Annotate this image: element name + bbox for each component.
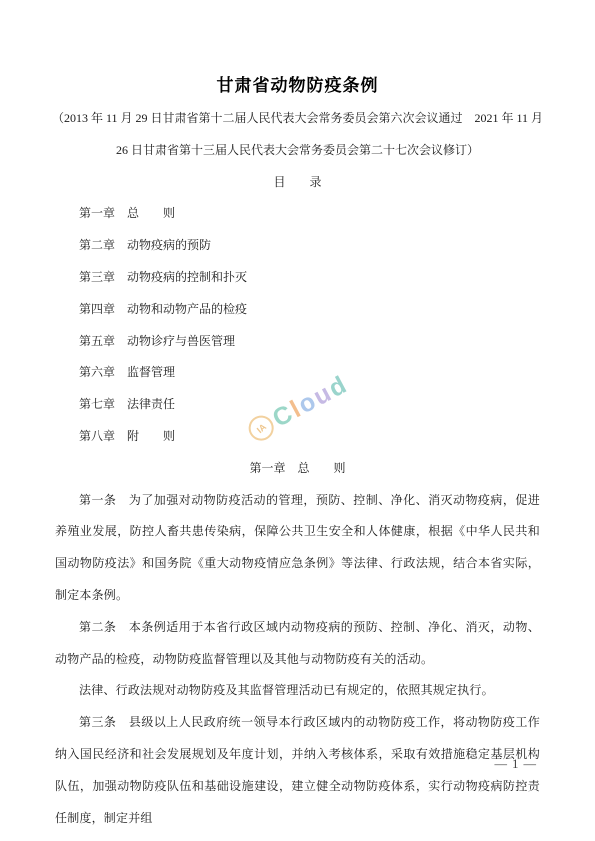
toc-item-num: 第七章 bbox=[79, 397, 115, 411]
toc-item-num: 第五章 bbox=[79, 334, 115, 348]
toc-item-label: 附 则 bbox=[127, 429, 175, 443]
page-title: 甘肃省动物防疫条例 bbox=[55, 73, 540, 99]
toc-item-label: 动物疫病的预防 bbox=[127, 238, 211, 252]
toc-item-num: 第八章 bbox=[79, 429, 115, 443]
toc-item-chapter-5: 第五章动物诊疗与兽医管理 bbox=[55, 326, 540, 358]
toc-item-label: 总 则 bbox=[127, 206, 175, 220]
toc-item-label: 监督管理 bbox=[127, 365, 175, 379]
toc-item-num: 第六章 bbox=[79, 365, 115, 379]
toc-item-num: 第二章 bbox=[79, 238, 115, 252]
toc-item-label: 动物和动物产品的检疫 bbox=[127, 302, 247, 316]
subtitle-line-1: （2013 年 11 月 29 日甘肃省第十二届人民代表大会常务委员会第六次会议… bbox=[55, 103, 540, 135]
toc-item-num: 第一章 bbox=[79, 206, 115, 220]
toc-item-chapter-2: 第二章动物疫病的预防 bbox=[55, 230, 540, 262]
paragraph-article-1: 第一条 为了加强对动物防疫活动的管理，预防、控制、净化、消灭动物疫病，促进养殖业… bbox=[55, 485, 540, 612]
toc-item-num: 第三章 bbox=[79, 270, 115, 284]
toc-item-chapter-8: 第八章附 则 bbox=[55, 421, 540, 453]
toc-item-chapter-6: 第六章监督管理 bbox=[55, 357, 540, 389]
document-content: 甘肃省动物防疫条例 （2013 年 11 月 29 日甘肃省第十二届人民代表大会… bbox=[0, 0, 595, 834]
toc-item-label: 法律责任 bbox=[127, 397, 175, 411]
chapter-1-heading: 第一章 总 则 bbox=[55, 453, 540, 485]
toc-item-chapter-4: 第四章动物和动物产品的检疫 bbox=[55, 294, 540, 326]
paragraph-article-2-clause-2: 法律、行政法规对动物防疫及其监督管理活动已有规定的，依照其规定执行。 bbox=[55, 675, 540, 707]
toc-item-label: 动物诊疗与兽医管理 bbox=[127, 334, 235, 348]
toc-item-label: 动物疫病的控制和扑灭 bbox=[127, 270, 247, 284]
toc-item-chapter-3: 第三章动物疫病的控制和扑灭 bbox=[55, 262, 540, 294]
document-page: 甘肃省动物防疫条例 （2013 年 11 月 29 日甘肃省第十二届人民代表大会… bbox=[0, 0, 595, 841]
paragraph-article-3: 第三条 县级以上人民政府统一领导本行政区域内的动物防疫工作，将动物防疫工作纳入国… bbox=[55, 707, 540, 834]
paragraph-article-2: 第二条 本条例适用于本省行政区域内动物疫病的预防、控制、净化、消灭，动物、动物产… bbox=[55, 612, 540, 676]
toc-item-chapter-7: 第七章法律责任 bbox=[55, 389, 540, 421]
table-of-contents: 目 录 第一章总 则 第二章动物疫病的预防 第三章动物疫病的控制和扑灭 第四章动… bbox=[55, 167, 540, 453]
toc-item-num: 第四章 bbox=[79, 302, 115, 316]
doc-subtitle: （2013 年 11 月 29 日甘肃省第十二届人民代表大会常务委员会第六次会议… bbox=[55, 103, 540, 167]
page-number: — 1 — bbox=[495, 757, 538, 772]
toc-title: 目 录 bbox=[55, 167, 540, 199]
toc-item-chapter-1: 第一章总 则 bbox=[55, 198, 540, 230]
subtitle-line-2: 26 日甘肃省第十三届人民代表大会常务委员会第二十七次会议修订） bbox=[55, 135, 540, 167]
